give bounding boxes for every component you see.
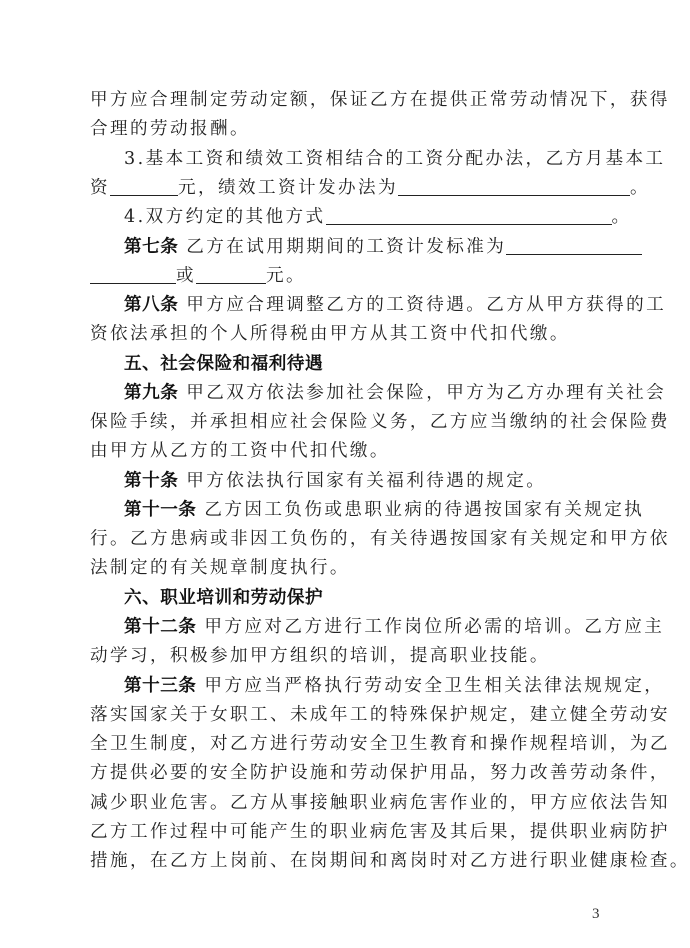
text-fragment: 。 [612,207,632,227]
section-heading: 五、社会保险和福利待遇 [124,350,604,379]
text-line: 动学习，积极参加甲方组织的培训，提高职业技能。 [90,642,604,671]
text-line: 资元，绩效工资计发办法为。 [90,174,604,203]
text-line: 第七条 乙方在试用期期间的工资计发标准为 [124,233,604,262]
text-line: 方提供必要的安全防护设施和劳动保护用品，努力改善劳动条件， [90,759,604,788]
text-fragment: 4.双方约定的其他方式 [124,207,326,227]
section-heading: 六、职业培训和劳动保护 [124,584,604,613]
fill-blank-probation-b[interactable] [196,263,266,284]
article-label: 第八条 [124,295,178,315]
text-fragment: 乙方因工负伤或患职业病的待遇按国家有关规定执 [204,500,644,520]
text-line: 第八条 甲方应合理调整乙方的工资待遇。乙方从甲方获得的工 [124,291,604,320]
text-fragment: 甲方应当严格执行劳动安全卫生相关法律法规规定， [204,676,664,696]
text-line: 由甲方从乙方的工资中代扣代缴。 [90,437,604,466]
document-page: 甲方应合理制定劳动定额，保证乙方在提供正常劳动情况下，获得 合理的劳动报酬。 3… [0,0,690,948]
text-fragment: 元，绩效工资计发办法为 [178,178,398,198]
text-line: 合理的劳动报酬。 [90,115,604,144]
text-line: 第九条 甲乙双方依法参加社会保险，甲方为乙方办理有关社会 [124,379,604,408]
text-fragment: 资 [90,178,110,198]
article-label: 第十一条 [124,500,196,520]
text-fragment: 乙方在试用期期间的工资计发标准为 [186,237,506,257]
text-line: 法制定的有关规章制度执行。 [90,554,604,583]
text-line: 4.双方约定的其他方式。 [124,203,604,232]
article-label: 第十条 [124,471,178,491]
fill-blank-probation-standard[interactable] [506,234,642,255]
text-line: 甲方应合理制定劳动定额，保证乙方在提供正常劳动情况下，获得 [90,86,604,115]
text-fragment: 元。 [266,266,306,286]
article-label: 第九条 [124,383,178,403]
text-fragment: 甲乙双方依法参加社会保险，甲方为乙方办理有关社会 [186,383,666,403]
article-label: 第七条 [124,237,178,257]
text-line: 保险手续，并承担相应社会保险义务，乙方应当缴纳的社会保险费 [90,408,604,437]
text-line: 资依法承担的个人所得税由甲方从其工资中代扣代缴。 [90,320,604,349]
text-line: 措施，在乙方上岗前、在岗期间和离岗时对乙方进行职业健康检查。 [90,847,604,876]
text-line: 落实国家关于女职工、未成年工的特殊保护规定，建立健全劳动安 [90,701,604,730]
text-fragment: 甲方应对乙方进行工作岗位所必需的培训。乙方应主 [204,617,664,637]
text-fragment: 或 [176,266,196,286]
text-fragment: 。 [630,178,650,198]
text-line: 第十三条 甲方应当严格执行劳动安全卫生相关法律法规规定， [124,672,604,701]
page-number: 3 [592,906,600,923]
text-line: 第十一条 乙方因工负伤或患职业病的待遇按国家有关规定执 [124,496,604,525]
text-line: 全卫生制度，对乙方进行劳动安全卫生教育和操作规程培训，为乙 [90,730,604,759]
fill-blank-other-method[interactable] [326,204,612,225]
fill-blank-base-salary[interactable] [110,175,178,196]
fill-blank-performance-method[interactable] [398,175,630,196]
text-line: 乙方工作过程中可能产生的职业病危害及其后果，提供职业病防护 [90,818,604,847]
text-line: 3.基本工资和绩效工资相结合的工资分配办法，乙方月基本工 [124,145,604,174]
article-label: 第十三条 [124,676,196,696]
text-line: 第十二条 甲方应对乙方进行工作岗位所必需的培训。乙方应主 [124,613,604,642]
article-label: 第十二条 [124,617,196,637]
text-fragment: 甲方依法执行国家有关福利待遇的规定。 [186,471,546,491]
fill-blank-probation-a[interactable] [90,263,176,284]
text-fragment: 甲方应合理调整乙方的工资待遇。乙方从甲方获得的工 [186,295,666,315]
text-line: 第十条 甲方依法执行国家有关福利待遇的规定。 [124,467,604,496]
text-line: 减少职业危害。乙方从事接触职业病危害作业的，甲方应依法告知 [90,789,604,818]
text-line: 行。乙方患病或非因工负伤的，有关待遇按国家有关规定和甲方依 [90,525,604,554]
text-line: 或元。 [90,262,604,291]
